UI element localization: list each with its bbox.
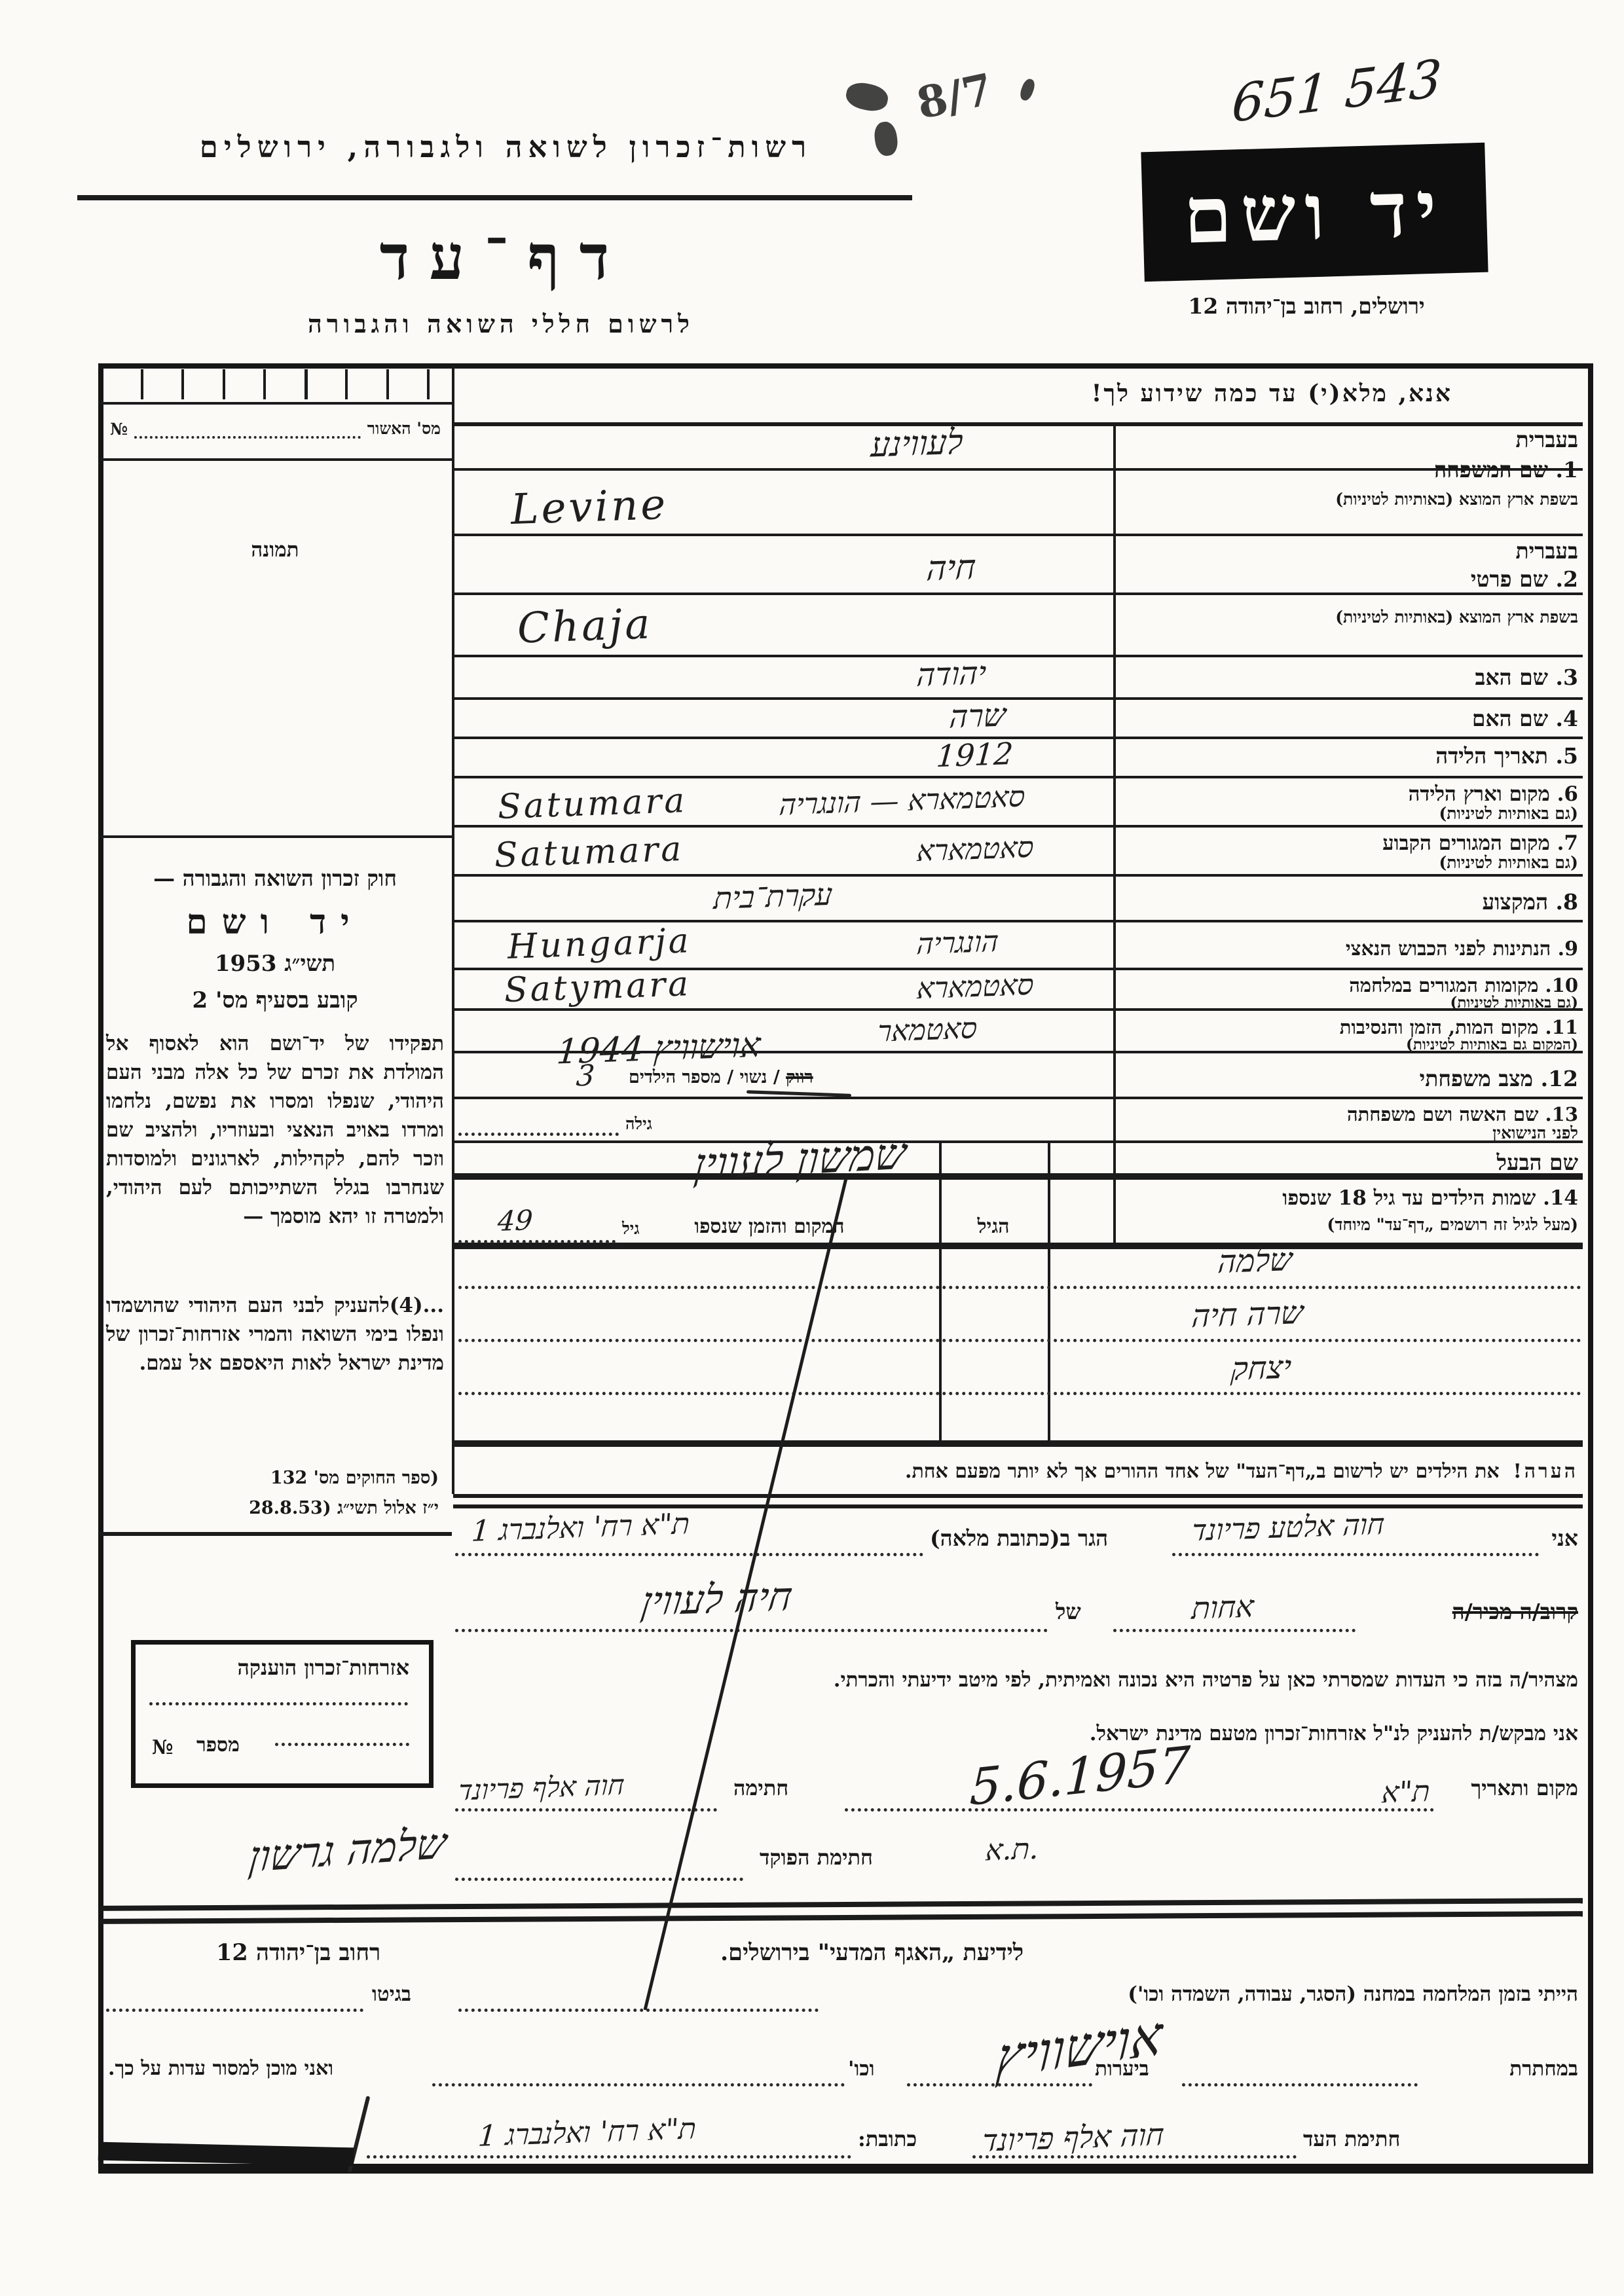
field6-line xyxy=(453,825,1583,828)
hw-child-name-3: יצחק xyxy=(1230,1349,1293,1387)
ink-smudge-3 xyxy=(1018,77,1037,102)
option-children-count: מספר הילדים xyxy=(629,1067,721,1087)
form-title: דף־עד xyxy=(354,221,655,294)
place-date-dots xyxy=(845,1808,1434,1812)
hw-birthplace-latin: Satumara xyxy=(497,781,688,827)
hw-child-name-2: שרה חיה xyxy=(1190,1294,1304,1335)
field2-heb-line xyxy=(453,592,1583,595)
decl-statement: מצהיר/ה בזה כי העדות שמסרתי כאן על פרטיה… xyxy=(834,1668,1578,1692)
photo-box-bottom-rule xyxy=(100,835,452,838)
hw-residence-hebrew: סאטמארא xyxy=(915,831,1035,868)
citizenship-dots-1 xyxy=(149,1702,408,1705)
children-col-divider-1 xyxy=(939,1140,942,1443)
field3-line xyxy=(453,697,1583,700)
field13-label: 13. שם האשה ושם משפחתה xyxy=(1347,1103,1578,1126)
forests-label: ביערות xyxy=(1095,2057,1149,2081)
citizenship-number-label: מספר xyxy=(196,1734,240,1757)
footer-title-left: רחוב בן־יהודה 12 xyxy=(216,1939,380,1966)
hw-husband-age: 49 xyxy=(496,1204,534,1237)
option-married: נשוי xyxy=(740,1067,767,1087)
witness-address-dots xyxy=(367,2155,851,2159)
law-heading: חוק זכרון השואה והגבורה — xyxy=(105,866,445,892)
field14-sublabel: (מעל לגיל זה רושמים „דף־עד" מיוחד) xyxy=(1327,1215,1578,1235)
place-date-label: מקום ותאריך xyxy=(1471,1776,1578,1800)
hw-birth-date: 1912 xyxy=(935,736,1014,774)
left-column-bottom-rule xyxy=(100,1532,452,1536)
certificate-number-row: מס' האשור № xyxy=(110,416,441,439)
children-row-dots-2 xyxy=(458,1339,1581,1342)
hw-occupation: עקרת־בית xyxy=(712,877,834,916)
yad-vashem-logo: יד ושם xyxy=(1141,143,1488,282)
field8-label: 8. המקצוע xyxy=(1482,889,1578,915)
certificate-row-underline xyxy=(100,458,452,461)
field1-sublabel: בשפת ארץ המוצא (באותיות לטיניות) xyxy=(1335,490,1578,509)
field13-line xyxy=(453,1140,1583,1143)
field1-heb-line xyxy=(453,468,1583,471)
clerk-signature-dots xyxy=(455,1878,743,1881)
field1-hebrew-tag: בעברית xyxy=(1516,427,1578,453)
field14-label: 14. שמות הילדים עד גיל 18 שנספו xyxy=(1282,1186,1578,1210)
label-column-divider xyxy=(1113,424,1116,1244)
hw-firstname-hebrew: חיה xyxy=(925,548,977,589)
note-text: את הילדים יש לרשום ב„דף־העד" של אחד ההור… xyxy=(905,1460,1500,1483)
law-ref-1: (ספר החוקים מס' 132 xyxy=(111,1468,439,1488)
children-table-bottom-line xyxy=(453,1440,1583,1447)
field2-hebrew-tag: בעברית xyxy=(1516,538,1578,564)
certificate-number-label: מס' האשור xyxy=(367,419,441,439)
org-name: רשות־זכרון לשואה ולגבורה, ירושלים xyxy=(98,130,913,164)
children-note: הערה! את הילדים יש לרשום ב„דף־העד" של אח… xyxy=(905,1460,1578,1483)
certificate-number-symbol: № xyxy=(110,420,128,439)
decl-of-label: של xyxy=(1056,1599,1081,1625)
law-clause: קובע בסעיף מס' 2 xyxy=(105,987,445,1013)
field10-line xyxy=(453,1008,1583,1011)
field11-sublabel: (המקום גם באותיות לטיניות) xyxy=(1406,1036,1578,1053)
field10-sublabel: (גם באותיות לטיניות) xyxy=(1450,994,1578,1011)
ruler-strip-line xyxy=(100,402,452,405)
field9-label: 9. הנתינות לפני הכבוש הנאצי xyxy=(1346,938,1578,960)
wife-age-dots xyxy=(458,1133,619,1136)
ghetto-dots xyxy=(106,2009,363,2012)
double-rule-bottom xyxy=(453,1504,1583,1508)
law-name: יד ושם xyxy=(105,902,445,942)
instruction-rule xyxy=(453,422,1583,426)
decl-i-label: אני xyxy=(1551,1525,1578,1552)
header-rule xyxy=(77,195,912,200)
fill-instruction: אנא, מלא(י) עד כמה שידוע לך! xyxy=(1092,380,1452,407)
hw-firstname-latin: Chaja xyxy=(517,600,654,653)
camp-line-label: הייתי בזמן המלחמה במחנה (הסגר, עבודה, הש… xyxy=(1128,1982,1578,2006)
husband-age-dots xyxy=(458,1240,616,1243)
citizenship-number-symbol: № xyxy=(152,1736,174,1759)
citizenship-dots-2 xyxy=(275,1743,409,1746)
hw-death-place-1: סאטמאר xyxy=(876,1011,978,1048)
decl-relation-label: קרוב/ה מכיר/ה xyxy=(1452,1599,1578,1625)
field8-line xyxy=(453,920,1583,922)
decl-address-dots xyxy=(455,1553,923,1556)
decl-address-label: הגר ב(כתובת מלאה) xyxy=(930,1525,1108,1552)
decl-subject-dots xyxy=(455,1629,1048,1632)
underground-dots xyxy=(1182,2083,1418,2086)
field4-line xyxy=(453,737,1583,739)
decl-name-dots xyxy=(1172,1553,1539,1556)
field2-sublabel: בשפת ארץ המוצא (באותיות לטיניות) xyxy=(1335,608,1578,627)
double-rule-top xyxy=(453,1494,1583,1498)
certificate-number-dots xyxy=(134,416,361,439)
ready-to-testify: ואני מוכן למסור עדות על כך. xyxy=(108,2057,333,2080)
citizenship-box-title: אזרחות־זכרון הוענקה xyxy=(147,1655,409,1680)
logo-address: ירושלים, רחוב בן־יהודה 12 xyxy=(1130,293,1483,319)
children-col-divider-2 xyxy=(1048,1140,1050,1443)
field7-label: 7. מקום המגורים הקבוע xyxy=(1382,831,1578,855)
children-header-thick-line xyxy=(453,1243,1583,1249)
witness-address-label: כתובת: xyxy=(858,2126,917,2151)
law-body-text: תפקידו של יד־ושם הוא לאסוף אל המולדת את … xyxy=(106,1029,444,1231)
children-col-age-header: הגיל xyxy=(942,1215,1045,1238)
field2-lat-line xyxy=(453,655,1583,657)
signature-label: חתימה xyxy=(733,1776,788,1800)
field6-label: 6. מקום וארץ הלידה xyxy=(1409,782,1578,806)
hw-citizenship-latin: Hungarja xyxy=(507,921,692,967)
ghetto-label: בגיטו xyxy=(372,1982,411,2006)
husband-row-thick-line xyxy=(453,1173,1583,1180)
photo-placeholder-label: תמונה xyxy=(111,538,439,562)
law-year: תשי״ג 1953 xyxy=(105,951,445,977)
field1-lat-line xyxy=(453,534,1583,536)
field7-sublabel: (גם באותיות לטיניות) xyxy=(1439,853,1578,873)
etc-label: וכו' xyxy=(848,2057,875,2081)
signature-dots xyxy=(455,1808,717,1812)
footer-title-right: לידיעת „האגף המדעי" בירושלים. xyxy=(720,1939,1024,1966)
camp-dots xyxy=(458,2009,819,2012)
law-ref-2: י״ז אלול תשי״ג (28.8.53 xyxy=(111,1498,439,1518)
forests-dots xyxy=(907,2083,1092,2086)
hw-submitter-name: חוה אלטע פריונד xyxy=(1190,1508,1385,1548)
field12-label: 12. מצב משפחתי xyxy=(1420,1066,1578,1092)
decl-relation-dots xyxy=(1113,1629,1356,1632)
children-col-place-header: המקום והזמן שנספו xyxy=(622,1215,917,1238)
field12-options: רווק / נשוי / מספר הילדים xyxy=(629,1067,813,1087)
field12-line xyxy=(453,1097,1583,1099)
husband-label: שם הבעל xyxy=(1497,1150,1578,1176)
field2-label: 2. שם פרטי xyxy=(1471,566,1578,592)
stamp-mark: 8/7 xyxy=(912,64,997,129)
law-clause4-text: ...(4)להעניק לבני העם היהודי שהושמדו ונפ… xyxy=(106,1291,444,1377)
witness-signature-label: חתימת העד xyxy=(1303,2126,1400,2151)
field5-line xyxy=(453,776,1583,778)
hw-citizenship-hebrew: הונגריה xyxy=(915,925,999,962)
field1-label: 1. שם המשפחה xyxy=(1434,457,1578,483)
hw-death-place-2: אוישוויץ 1944 xyxy=(555,1025,762,1072)
children-row-dots-1 xyxy=(458,1286,1581,1289)
field6-sublabel: (גם באותיות לטיניות) xyxy=(1439,804,1578,824)
children-row-dots-3 xyxy=(458,1392,1581,1395)
field5-label: 5. תאריך הלידה xyxy=(1435,743,1578,769)
field7-line xyxy=(453,874,1583,877)
hw-clerk-mark: ת.א. xyxy=(984,1832,1040,1868)
yad-vashem-logo-text: יד ושם xyxy=(1183,162,1447,261)
hw-surname-latin: Levine xyxy=(510,481,669,534)
hw-surname-hebrew: לעווינע xyxy=(870,422,964,465)
hw-relation: אחות xyxy=(1190,1588,1255,1626)
hw-residence-latin: Satumara xyxy=(494,829,684,875)
hw-child-name-1: שלמה xyxy=(1217,1241,1293,1281)
scanned-testimony-page: רשות־זכרון לשואה ולגבורה, ירושלים דף־עד … xyxy=(0,0,1624,2296)
field4-label: 4. שם האם xyxy=(1472,706,1578,732)
field3-label: 3. שם האב xyxy=(1475,665,1578,691)
option-single: רווק xyxy=(786,1067,813,1087)
hw-mother-name: שרה xyxy=(948,697,1007,735)
clerk-signature-label: חתימת הפוקד xyxy=(760,1845,873,1870)
etc-dots xyxy=(432,2083,845,2086)
note-label: הערה! xyxy=(1513,1460,1578,1483)
hw-subject-name: חיה לעווין xyxy=(638,1574,795,1625)
hw-war-residence-hebrew: סאטמארא xyxy=(915,968,1035,1006)
hw-place: ת"א xyxy=(1380,1775,1431,1810)
hw-file-number: 651 543 xyxy=(1230,49,1443,135)
form-subtitle: לרשום חללי השואה והגבורה xyxy=(268,309,733,339)
hw-father-name: יהודה xyxy=(915,655,987,694)
wife-age-label: גילה xyxy=(625,1114,652,1134)
hw-war-residence-latin: Satymara xyxy=(504,964,692,1010)
field13-sublabel: לפני הנישואין xyxy=(1492,1123,1578,1143)
hw-witness-signature: חוה אלף פריונד xyxy=(981,2117,1165,2159)
ink-smudge-1 xyxy=(844,80,891,114)
underground-label: במחתרת xyxy=(1509,2057,1578,2081)
hw-signature: חוה אלף פריונד xyxy=(457,1769,625,1808)
